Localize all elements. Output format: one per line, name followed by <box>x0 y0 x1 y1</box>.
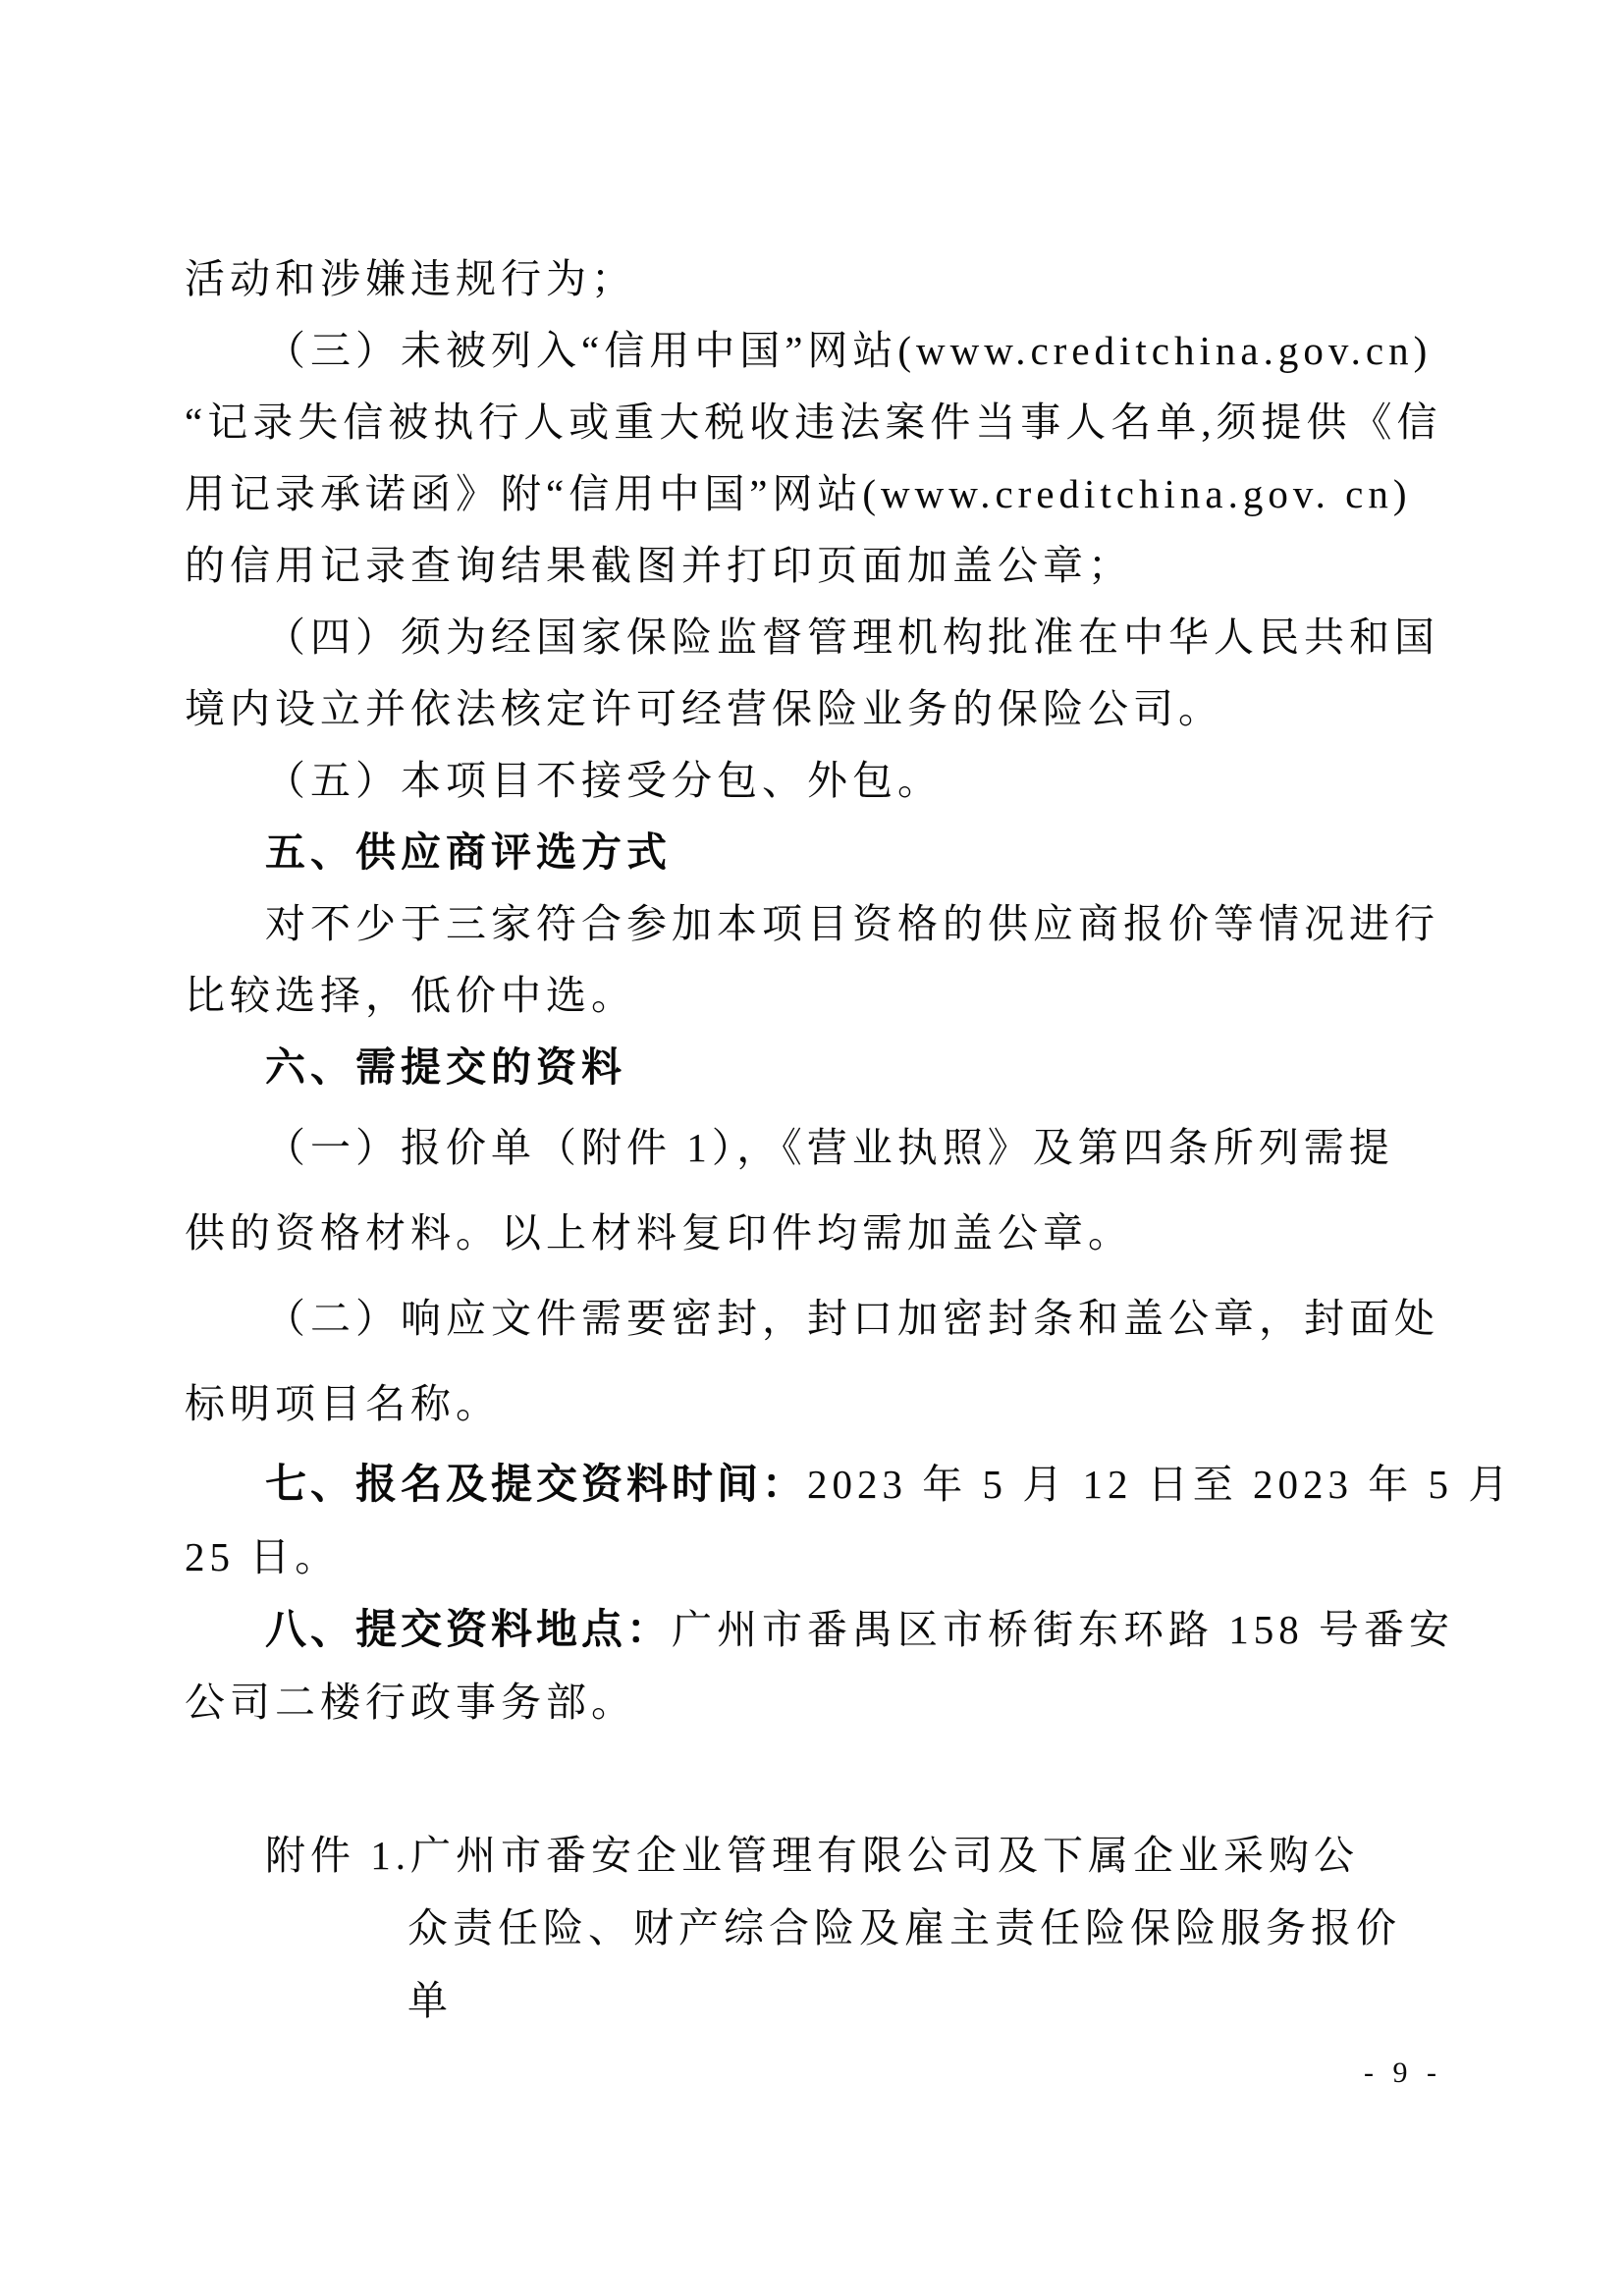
section-heading-6: 六、需提交的资料 <box>185 1032 1510 1103</box>
attachment-line: 附件 1.广州市番安企业管理有限公司及下属企业采购公 <box>185 1819 1510 1892</box>
body-line-item-2: （二）响应文件需要密封，封口加密封条和盖公章，封面处 <box>185 1276 1510 1362</box>
body-line: 标明项目名称。 <box>185 1362 1510 1447</box>
body-line: 对不少于三家符合参加本项目资格的供应商报价等情况进行 <box>185 888 1510 960</box>
section-qualifications: 活动和涉嫌违规行为； （三）未被列入“信用中国”网站(www.creditchi… <box>185 243 1510 1103</box>
body-line: 活动和涉嫌违规行为； <box>185 243 1510 315</box>
body-line: 公司二楼行政事务部。 <box>185 1666 1510 1738</box>
attachment-block: 附件 1.广州市番安企业管理有限公司及下属企业采购公 众责任险、财产综合险及雇主… <box>185 1819 1510 2037</box>
attachment-title: 广州市番安企业管理有限公司及下属企业采购公 <box>410 1833 1359 1878</box>
body-line: 比较选择，低价中选。 <box>185 960 1510 1032</box>
section-materials: （一）报价单（附件 1），《营业执照》及第四条所列需提 供的资格材料。以上材料复… <box>185 1105 1510 1447</box>
body-line-item-4: （四）须为经国家保险监督管理机构批准在中华人民共和国 <box>185 602 1510 673</box>
submission-address: 广州市番禺区市桥街东环路 158 号番安 <box>672 1607 1454 1652</box>
body-line-item-3: （三）未被列入“信用中国”网站(www.creditchina.gov.cn) <box>185 315 1510 387</box>
section-heading-7: 七、报名及提交资料时间： <box>265 1461 807 1507</box>
body-line-item-7: 七、报名及提交资料时间：2023 年 5 月 12 日至 2023 年 5 月 <box>185 1448 1510 1521</box>
body-line: 供的资格材料。以上材料复印件均需加盖公章。 <box>185 1191 1510 1276</box>
body-line-item-1: （一）报价单（附件 1），《营业执照》及第四条所列需提 <box>185 1105 1510 1191</box>
section-heading-8: 八、提交资料地点： <box>265 1606 672 1652</box>
body-line: 25 日。 <box>185 1521 1510 1593</box>
body-line: 的信用记录查询结果截图并打印页面加盖公章； <box>185 530 1510 602</box>
attachment-label: 附件 1. <box>265 1833 410 1878</box>
attachment-line: 众责任险、财产综合险及雇主责任险保险服务报价 <box>185 1892 1510 1964</box>
page-number: - 9 - <box>1364 2054 1442 2093</box>
section-time-place: 七、报名及提交资料时间：2023 年 5 月 12 日至 2023 年 5 月 … <box>185 1448 1510 1738</box>
body-line-item-5: （五）本项目不接受分包、外包。 <box>185 745 1510 817</box>
body-line: 境内设立并依法核定许可经营保险业务的保险公司。 <box>185 673 1510 745</box>
body-line: “记录失信被执行人或重大税收违法案件当事人名单,须提供《信 <box>185 387 1510 458</box>
body-line-item-8: 八、提交资料地点：广州市番禺区市桥街东环路 158 号番安 <box>185 1593 1510 1666</box>
document-page: 活动和涉嫌违规行为； （三）未被列入“信用中国”网站(www.creditchi… <box>0 0 1624 2296</box>
attachment-line: 单 <box>185 1964 1510 2037</box>
body-line: 用记录承诺函》附“信用中国”网站(www.creditchina.gov. cn… <box>185 458 1510 530</box>
section-heading-5: 五、供应商评选方式 <box>185 817 1510 888</box>
deadline-dates: 2023 年 5 月 12 日至 2023 年 5 月 <box>807 1462 1513 1507</box>
